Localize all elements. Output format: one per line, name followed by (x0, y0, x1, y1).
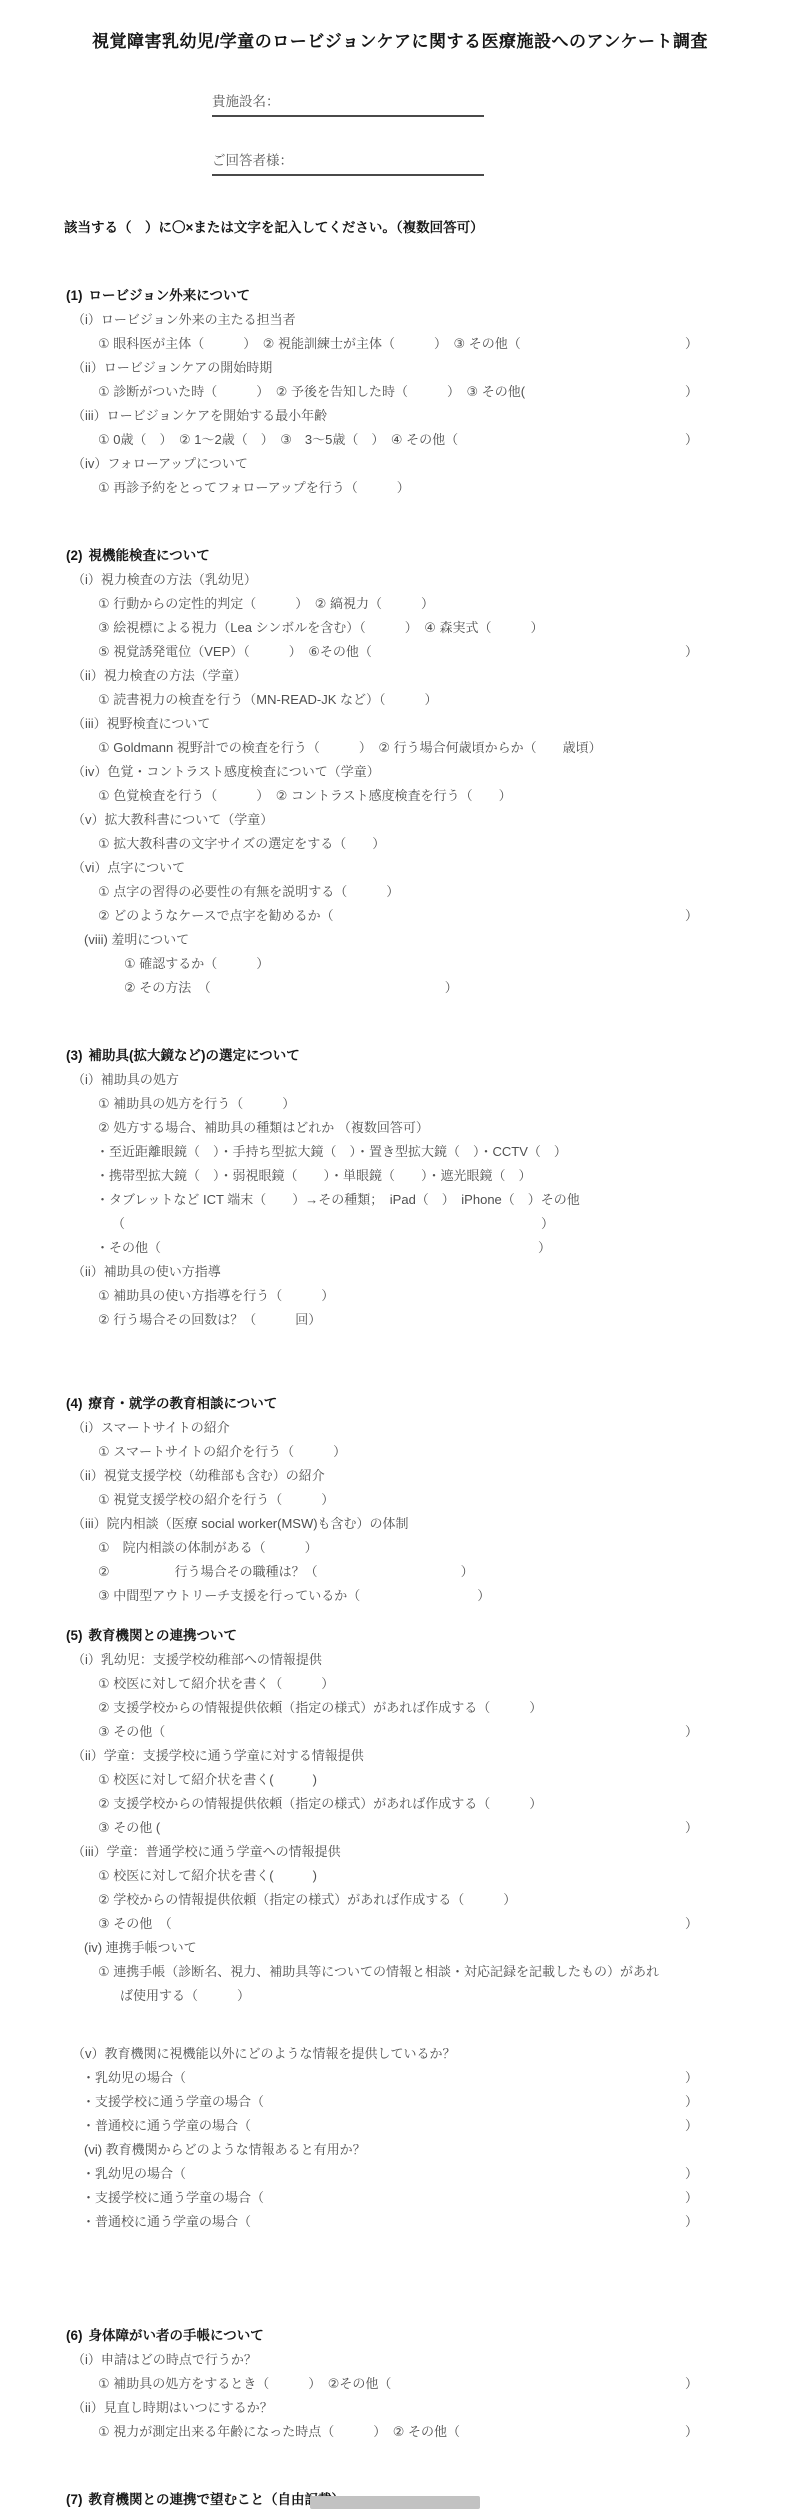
question-text: ③ 中間型アウトリーチ支援を行っているか（ ） (98, 1584, 490, 1608)
document-title: 視覚障害乳幼児/学童のロービジョンケアに関する医療施設へのアンケート調査 (0, 30, 800, 54)
question-text: ③ その他 （ (98, 1912, 172, 1936)
question-line: ① 連携手帳（診断名、視力、補助具等についての情報と相談・対応記録を記載したもの… (0, 1960, 800, 1984)
question-line: ① 0歳（ ） ② 1～2歳（ ） ③ 3～5歳（ ） ④ その他（） (0, 428, 800, 452)
question-line: ① 校医に対して紹介状を書く( ) (0, 1864, 800, 1888)
section-title: 身体障がい者の手帳について (89, 2324, 264, 2348)
question-text: （iv）色覚・コントラスト感度検査について（学童） (72, 760, 380, 784)
answer-close-paren: ） (685, 2162, 698, 2186)
question-text: （iii）ロービジョンケアを開始する最小年齢 (72, 404, 327, 428)
section-number: (5) (66, 1624, 83, 1648)
question-text: ② 行う場合その職種は？（ ） (98, 1560, 474, 1584)
question-text: （ii）ロービジョンケアの開始時期 (72, 356, 272, 380)
section-5: (5)教育機関との連携ついて（i）乳幼児：支援学校幼稚部への情報提供① 校医に対… (0, 1624, 800, 2234)
question-line: ① 補助具の処方を行う（ ） (0, 1092, 800, 1116)
question-line: （i）補助具の処方 (0, 1068, 800, 1092)
question-line: ③ 絵視標による視力（Lea シンボルを含む）（ ） ④ 森実式（ ） (0, 616, 800, 640)
section-number: (1) (66, 284, 83, 308)
question-text: （ ） (112, 1212, 554, 1236)
question-line: ② その方法 （ ） (0, 976, 800, 1000)
question-text: ⑤ 視覚誘発電位（VEP）（ ） ⑥その他（ (98, 640, 372, 664)
question-text: ② 学校からの情報提供依頼（指定の様式）があれば作成する（ ） (98, 1888, 516, 1912)
section-heading: (3)補助具(拡大鏡など)の選定について (0, 1044, 800, 1068)
question-line: （iii）学童：普通学校に通う学童への情報提供 (0, 1840, 800, 1864)
question-text: ・普通校に通う学童の場合（ (82, 2210, 251, 2234)
bottom-scrollbar-artifact (310, 2496, 480, 2509)
question-line: ② 行う場合その職種は？（ ） (0, 1560, 800, 1584)
question-text: （v）拡大教科書について（学童） (72, 808, 273, 832)
question-line: ・支援学校に通う学童の場合（） (0, 2186, 800, 2210)
section-title: 補助具(拡大鏡など)の選定について (89, 1044, 300, 1068)
question-line: ・至近距離眼鏡（ ）・手持ち型拡大鏡（ ）・置き型拡大鏡（ ）・CCTV（ ） (0, 1140, 800, 1164)
question-line: ① 校医に対して紹介状を書く( ) (0, 1768, 800, 1792)
question-line: ③ その他 (） (0, 1816, 800, 1840)
question-text: （i）ロービジョン外来の主たる担当者 (72, 308, 296, 332)
section-1: (1)ロービジョン外来について（i）ロービジョン外来の主たる担当者① 眼科医が主… (0, 284, 800, 500)
answer-close-paren: ） (685, 332, 698, 356)
question-text: ・乳幼児の場合（ (82, 2162, 186, 2186)
question-line: ③ その他 （） (0, 1912, 800, 1936)
question-text: （i）乳幼児：支援学校幼稚部への情報提供 (72, 1648, 322, 1672)
question-line: ・乳幼児の場合（） (0, 2162, 800, 2186)
question-line: （iii）視野検査について (0, 712, 800, 736)
question-text: ・支援学校に通う学童の場合（ (82, 2090, 264, 2114)
answer-close-paren: ） (685, 2090, 698, 2114)
question-line: （iv）フォローアップについて (0, 452, 800, 476)
question-text: ① 行動からの定性的判定（ ） ② 縞視力（ ） (98, 592, 434, 616)
answer-close-paren: ） (685, 2210, 698, 2234)
facility-name-field: 貴施設名： (212, 92, 484, 117)
question-line: （v）拡大教科書について（学童） (0, 808, 800, 832)
question-line: ③ 中間型アウトリーチ支援を行っているか（ ） (0, 1584, 800, 1608)
question-line: （i）視力検査の方法（乳幼児） (0, 568, 800, 592)
answer-close-paren: ） (685, 1912, 698, 1936)
answer-close-paren: ） (685, 2114, 698, 2138)
question-text: ・その他（ ） (96, 1236, 551, 1260)
question-text: （i）申請はどの時点で行うか？ (72, 2348, 257, 2372)
section-number: (7) (66, 2488, 83, 2509)
answer-close-paren: ） (685, 640, 698, 664)
question-line: （i）ロービジョン外来の主たる担当者 (0, 308, 800, 332)
question-line: ① 色覚検査を行う（ ） ② コントラスト感度検査を行う（ ） (0, 784, 800, 808)
question-text: (iv) 連携手帳ついて (84, 1936, 197, 1960)
question-text: ① 点字の習得の必要性の有無を説明する（ ） (98, 880, 399, 904)
question-line: ・乳幼児の場合（） (0, 2066, 800, 2090)
question-line: ・その他（ ） (0, 1236, 800, 1260)
section-title: 視機能検査について (89, 544, 210, 568)
question-line: （iii）ロービジョンケアを開始する最小年齢 (0, 404, 800, 428)
question-line: （ii）ロービジョンケアの開始時期 (0, 356, 800, 380)
question-line: ・携帯型拡大鏡（ ）・弱視眼鏡（ ）・単眼鏡（ ）・遮光眼鏡（ ） (0, 1164, 800, 1188)
question-text: ① 確認するか（ ） (124, 952, 269, 976)
question-text: ・タブレットなど ICT 端末（ ）→その種類； iPad（ ） iPhone（… (96, 1188, 580, 1212)
question-line: （i）スマートサイトの紹介 (0, 1416, 800, 1440)
question-line: ① 確認するか（ ） (0, 952, 800, 976)
question-text: ① 拡大教科書の文字サイズの選定をする（ ） (98, 832, 385, 856)
question-line: ① 診断がついた時（ ） ② 予後を告知した時（ ） ③ その他(） (0, 380, 800, 404)
section-2: (2)視機能検査について（i）視力検査の方法（乳幼児）① 行動からの定性的判定（… (0, 544, 800, 1000)
section-title: 教育機関との連携ついて (89, 1624, 238, 1648)
question-text: ① 再診予約をとってフォローアップを行う（ ） (98, 476, 410, 500)
question-line: ② 学校からの情報提供依頼（指定の様式）があれば作成する（ ） (0, 1888, 800, 1912)
question-line: ① 再診予約をとってフォローアップを行う（ ） (0, 476, 800, 500)
question-line: ・普通校に通う学童の場合（） (0, 2210, 800, 2234)
question-line: ① 眼科医が主体（ ） ② 視能訓練士が主体（ ） ③ その他（） (0, 332, 800, 356)
question-text: ① 校医に対して紹介状を書く（ ） (98, 1672, 334, 1696)
question-line: ② 支援学校からの情報提供依頼（指定の様式）があれば作成する（ ） (0, 1792, 800, 1816)
question-text: ① 診断がついた時（ ） ② 予後を告知した時（ ） ③ その他( (98, 380, 525, 404)
question-line: ① スマートサイトの紹介を行う（ ） (0, 1440, 800, 1464)
question-text: （ii）視覚支援学校（幼稚部も含む）の紹介 (72, 1464, 325, 1488)
question-line: （v）教育機関に視機能以外にどのような情報を提供しているか？ (0, 2042, 800, 2066)
answer-close-paren: ） (685, 1720, 698, 1744)
section-number: (6) (66, 2324, 83, 2348)
question-line: ・普通校に通う学童の場合（） (0, 2114, 800, 2138)
question-text: ② 行う場合その回数は？（ 回） (98, 1308, 321, 1332)
question-text: （iii）視野検査について (72, 712, 210, 736)
question-text: （ii）見直し時期はいつにするか？ (72, 2396, 273, 2420)
questionnaire-page: 視覚障害乳幼児/学童のロービジョンケアに関する医療施設へのアンケート調査 貴施設… (0, 0, 800, 2509)
question-text: ば使用する（ ） (120, 1984, 250, 2008)
question-text: ① 校医に対して紹介状を書く( ) (98, 1768, 317, 1792)
section-heading: (4)療育・就学の教育相談について (0, 1392, 800, 1416)
question-text: （iii）学童：普通学校に通う学童への情報提供 (72, 1840, 341, 1864)
question-line: （iv）色覚・コントラスト感度検査について（学童） (0, 760, 800, 784)
question-line: ② 支援学校からの情報提供依頼（指定の様式）があれば作成する（ ） (0, 1696, 800, 1720)
question-line: ③ その他（） (0, 1720, 800, 1744)
question-text: ② 支援学校からの情報提供依頼（指定の様式）があれば作成する（ ） (98, 1792, 542, 1816)
question-line: （vi）点字について (0, 856, 800, 880)
section-number: (3) (66, 1044, 83, 1068)
question-line: ① Goldmann 視野計での検査を行う（ ） ② 行う場合何歳頃からか（ 歳… (0, 736, 800, 760)
facility-name-label: 貴施設名： (212, 94, 280, 109)
section-number: (4) (66, 1392, 83, 1416)
question-text: (vi) 教育機関からどのような情報あると有用か？ (84, 2138, 366, 2162)
question-text: (viii) 羞明について (84, 928, 189, 952)
section-heading: (2)視機能検査について (0, 544, 800, 568)
question-text: ② どのようなケースで点字を勧めるか（ (98, 904, 334, 928)
question-line: ① 読書視力の検査を行う（MN-READ-JK など）（ ） (0, 688, 800, 712)
section-3: (3)補助具(拡大鏡など)の選定について（i）補助具の処方① 補助具の処方を行う… (0, 1044, 800, 1332)
question-line: ・支援学校に通う学童の場合（） (0, 2090, 800, 2114)
question-line: (iv) 連携手帳ついて (0, 1936, 800, 1960)
answer-close-paren: ） (685, 428, 698, 452)
question-text: ③ その他 ( (98, 1816, 160, 1840)
answer-close-paren: ） (685, 2420, 698, 2444)
question-sections: (1)ロービジョン外来について（i）ロービジョン外来の主たる担当者① 眼科医が主… (0, 284, 800, 2509)
question-line: （ii）視力検査の方法（学童） (0, 664, 800, 688)
question-text: ・至近距離眼鏡（ ）・手持ち型拡大鏡（ ）・置き型拡大鏡（ ）・CCTV（ ） (96, 1140, 567, 1164)
question-line: ば使用する（ ） (0, 1984, 800, 2008)
question-text: ③ 絵視標による視力（Lea シンボルを含む）（ ） ④ 森実式（ ） (98, 616, 544, 640)
question-line: ① 校医に対して紹介状を書く（ ） (0, 1672, 800, 1696)
question-line: ② どのようなケースで点字を勧めるか（） (0, 904, 800, 928)
question-line: (vi) 教育機関からどのような情報あると有用か？ (0, 2138, 800, 2162)
question-text: ① Goldmann 視野計での検査を行う（ ） ② 行う場合何歳頃からか（ 歳… (98, 736, 602, 760)
question-line: （i）乳幼児：支援学校幼稚部への情報提供 (0, 1648, 800, 1672)
question-text: ・支援学校に通う学童の場合（ (82, 2186, 264, 2210)
answer-close-paren: ） (685, 904, 698, 928)
question-line: ① 院内相談の体制がある（ ） (0, 1536, 800, 1560)
question-text: ③ その他（ (98, 1720, 165, 1744)
question-text: ① 色覚検査を行う（ ） ② コントラスト感度検査を行う（ ） (98, 784, 512, 808)
question-text: ・乳幼児の場合（ (82, 2066, 186, 2090)
question-text: ① 眼科医が主体（ ） ② 視能訓練士が主体（ ） ③ その他（ (98, 332, 521, 356)
question-line: （ ） (0, 1212, 800, 1236)
question-line: （ii）見直し時期はいつにするか？ (0, 2396, 800, 2420)
question-text: ② その方法 （ ） (124, 976, 458, 1000)
question-text: （v）教育機関に視機能以外にどのような情報を提供しているか？ (72, 2042, 456, 2066)
question-text: ① 0歳（ ） ② 1～2歳（ ） ③ 3～5歳（ ） ④ その他（ (98, 428, 458, 452)
question-line: ① 拡大教科書の文字サイズの選定をする（ ） (0, 832, 800, 856)
question-text: ① 補助具の処方をするとき（ ） ②その他（ (98, 2372, 391, 2396)
question-text: ① 視力が測定出来る年齢になった時点（ ） ② その他（ (98, 2420, 460, 2444)
question-text: （iii）院内相談（医療 social worker(MSW)も含む）の体制 (72, 1512, 409, 1536)
answer-close-paren: ） (685, 380, 698, 404)
question-line: ① 行動からの定性的判定（ ） ② 縞視力（ ） (0, 592, 800, 616)
question-text: （iv）フォローアップについて (72, 452, 248, 476)
question-line: ⑤ 視覚誘発電位（VEP）（ ） ⑥その他（） (0, 640, 800, 664)
question-line: （i）申請はどの時点で行うか？ (0, 2348, 800, 2372)
question-text: ② 支援学校からの情報提供依頼（指定の様式）があれば作成する（ ） (98, 1696, 542, 1720)
question-line: ・タブレットなど ICT 端末（ ）→その種類； iPad（ ） iPhone（… (0, 1188, 800, 1212)
question-text: ① 院内相談の体制がある（ ） (98, 1536, 318, 1560)
question-line: （iii）院内相談（医療 social worker(MSW)も含む）の体制 (0, 1512, 800, 1536)
question-line: ① 視力が測定出来る年齢になった時点（ ） ② その他（） (0, 2420, 800, 2444)
answer-close-paren: ） (685, 2066, 698, 2090)
answer-close-paren: ） (685, 2372, 698, 2396)
question-text: （ii）補助具の使い方指導 (72, 1260, 221, 1284)
section-4: (4)療育・就学の教育相談について（i）スマートサイトの紹介① スマートサイトの… (0, 1392, 800, 1608)
question-line: ② 処方する場合、補助具の種類はどれか （複数回答可） (0, 1116, 800, 1140)
answer-close-paren: ） (685, 2186, 698, 2210)
section-title: ロービジョン外来について (89, 284, 250, 308)
question-line: ① 補助具の処方をするとき（ ） ②その他（） (0, 2372, 800, 2396)
respondent-name-label: ご回答者様： (212, 153, 293, 168)
question-text: （vi）点字について (72, 856, 185, 880)
question-line: ① 補助具の使い方指導を行う（ ） (0, 1284, 800, 1308)
section-title: 療育・就学の教育相談について (89, 1392, 278, 1416)
question-text: ① 校医に対して紹介状を書く( ) (98, 1864, 317, 1888)
question-text: ・携帯型拡大鏡（ ）・弱視眼鏡（ ）・単眼鏡（ ）・遮光眼鏡（ ） (96, 1164, 532, 1188)
question-text: ① スマートサイトの紹介を行う（ ） (98, 1440, 346, 1464)
section-number: (2) (66, 544, 83, 568)
question-line: ① 点字の習得の必要性の有無を説明する（ ） (0, 880, 800, 904)
question-text: ① 読書視力の検査を行う（MN-READ-JK など）（ ） (98, 688, 438, 712)
question-line: （ii）学童：支援学校に通う学童に対する情報提供 (0, 1744, 800, 1768)
section-heading: (1)ロービジョン外来について (0, 284, 800, 308)
question-line: ② 行う場合その回数は？（ 回） (0, 1308, 800, 1332)
question-text: （ii）視力検査の方法（学童） (72, 664, 247, 688)
question-text: （i）視力検査の方法（乳幼児） (72, 568, 257, 592)
question-text: （i）補助具の処方 (72, 1068, 179, 1092)
section-heading: (5)教育機関との連携ついて (0, 1624, 800, 1648)
answer-close-paren: ） (685, 1816, 698, 1840)
section-title: 教育機関との連携で望むこと（自由記載） (89, 2488, 346, 2509)
question-text: ① 連携手帳（診断名、視力、補助具等についての情報と相談・対応記録を記載したもの… (98, 1960, 659, 1984)
fill-in-instruction: 該当する（ ）に〇×または文字を記入してください。（複数回答可） (0, 216, 800, 240)
question-text: ① 視覚支援学校の紹介を行う（ ） (98, 1488, 334, 1512)
question-text: ① 補助具の使い方指導を行う（ ） (98, 1284, 334, 1308)
question-line: （ii）視覚支援学校（幼稚部も含む）の紹介 (0, 1464, 800, 1488)
question-text: ・普通校に通う学童の場合（ (82, 2114, 251, 2138)
question-line: ① 視覚支援学校の紹介を行う（ ） (0, 1488, 800, 1512)
question-line: (viii) 羞明について (0, 928, 800, 952)
question-line: （ii）補助具の使い方指導 (0, 1260, 800, 1284)
section-heading: (6)身体障がい者の手帳について (0, 2324, 800, 2348)
section-6: (6)身体障がい者の手帳について（i）申請はどの時点で行うか？① 補助具の処方を… (0, 2324, 800, 2444)
question-text: ① 補助具の処方を行う（ ） (98, 1092, 295, 1116)
question-text: ② 処方する場合、補助具の種類はどれか （複数回答可） (98, 1116, 429, 1140)
question-text: （ii）学童：支援学校に通う学童に対する情報提供 (72, 1744, 364, 1768)
respondent-name-field: ご回答者様： (212, 151, 484, 176)
question-text: （i）スマートサイトの紹介 (72, 1416, 230, 1440)
